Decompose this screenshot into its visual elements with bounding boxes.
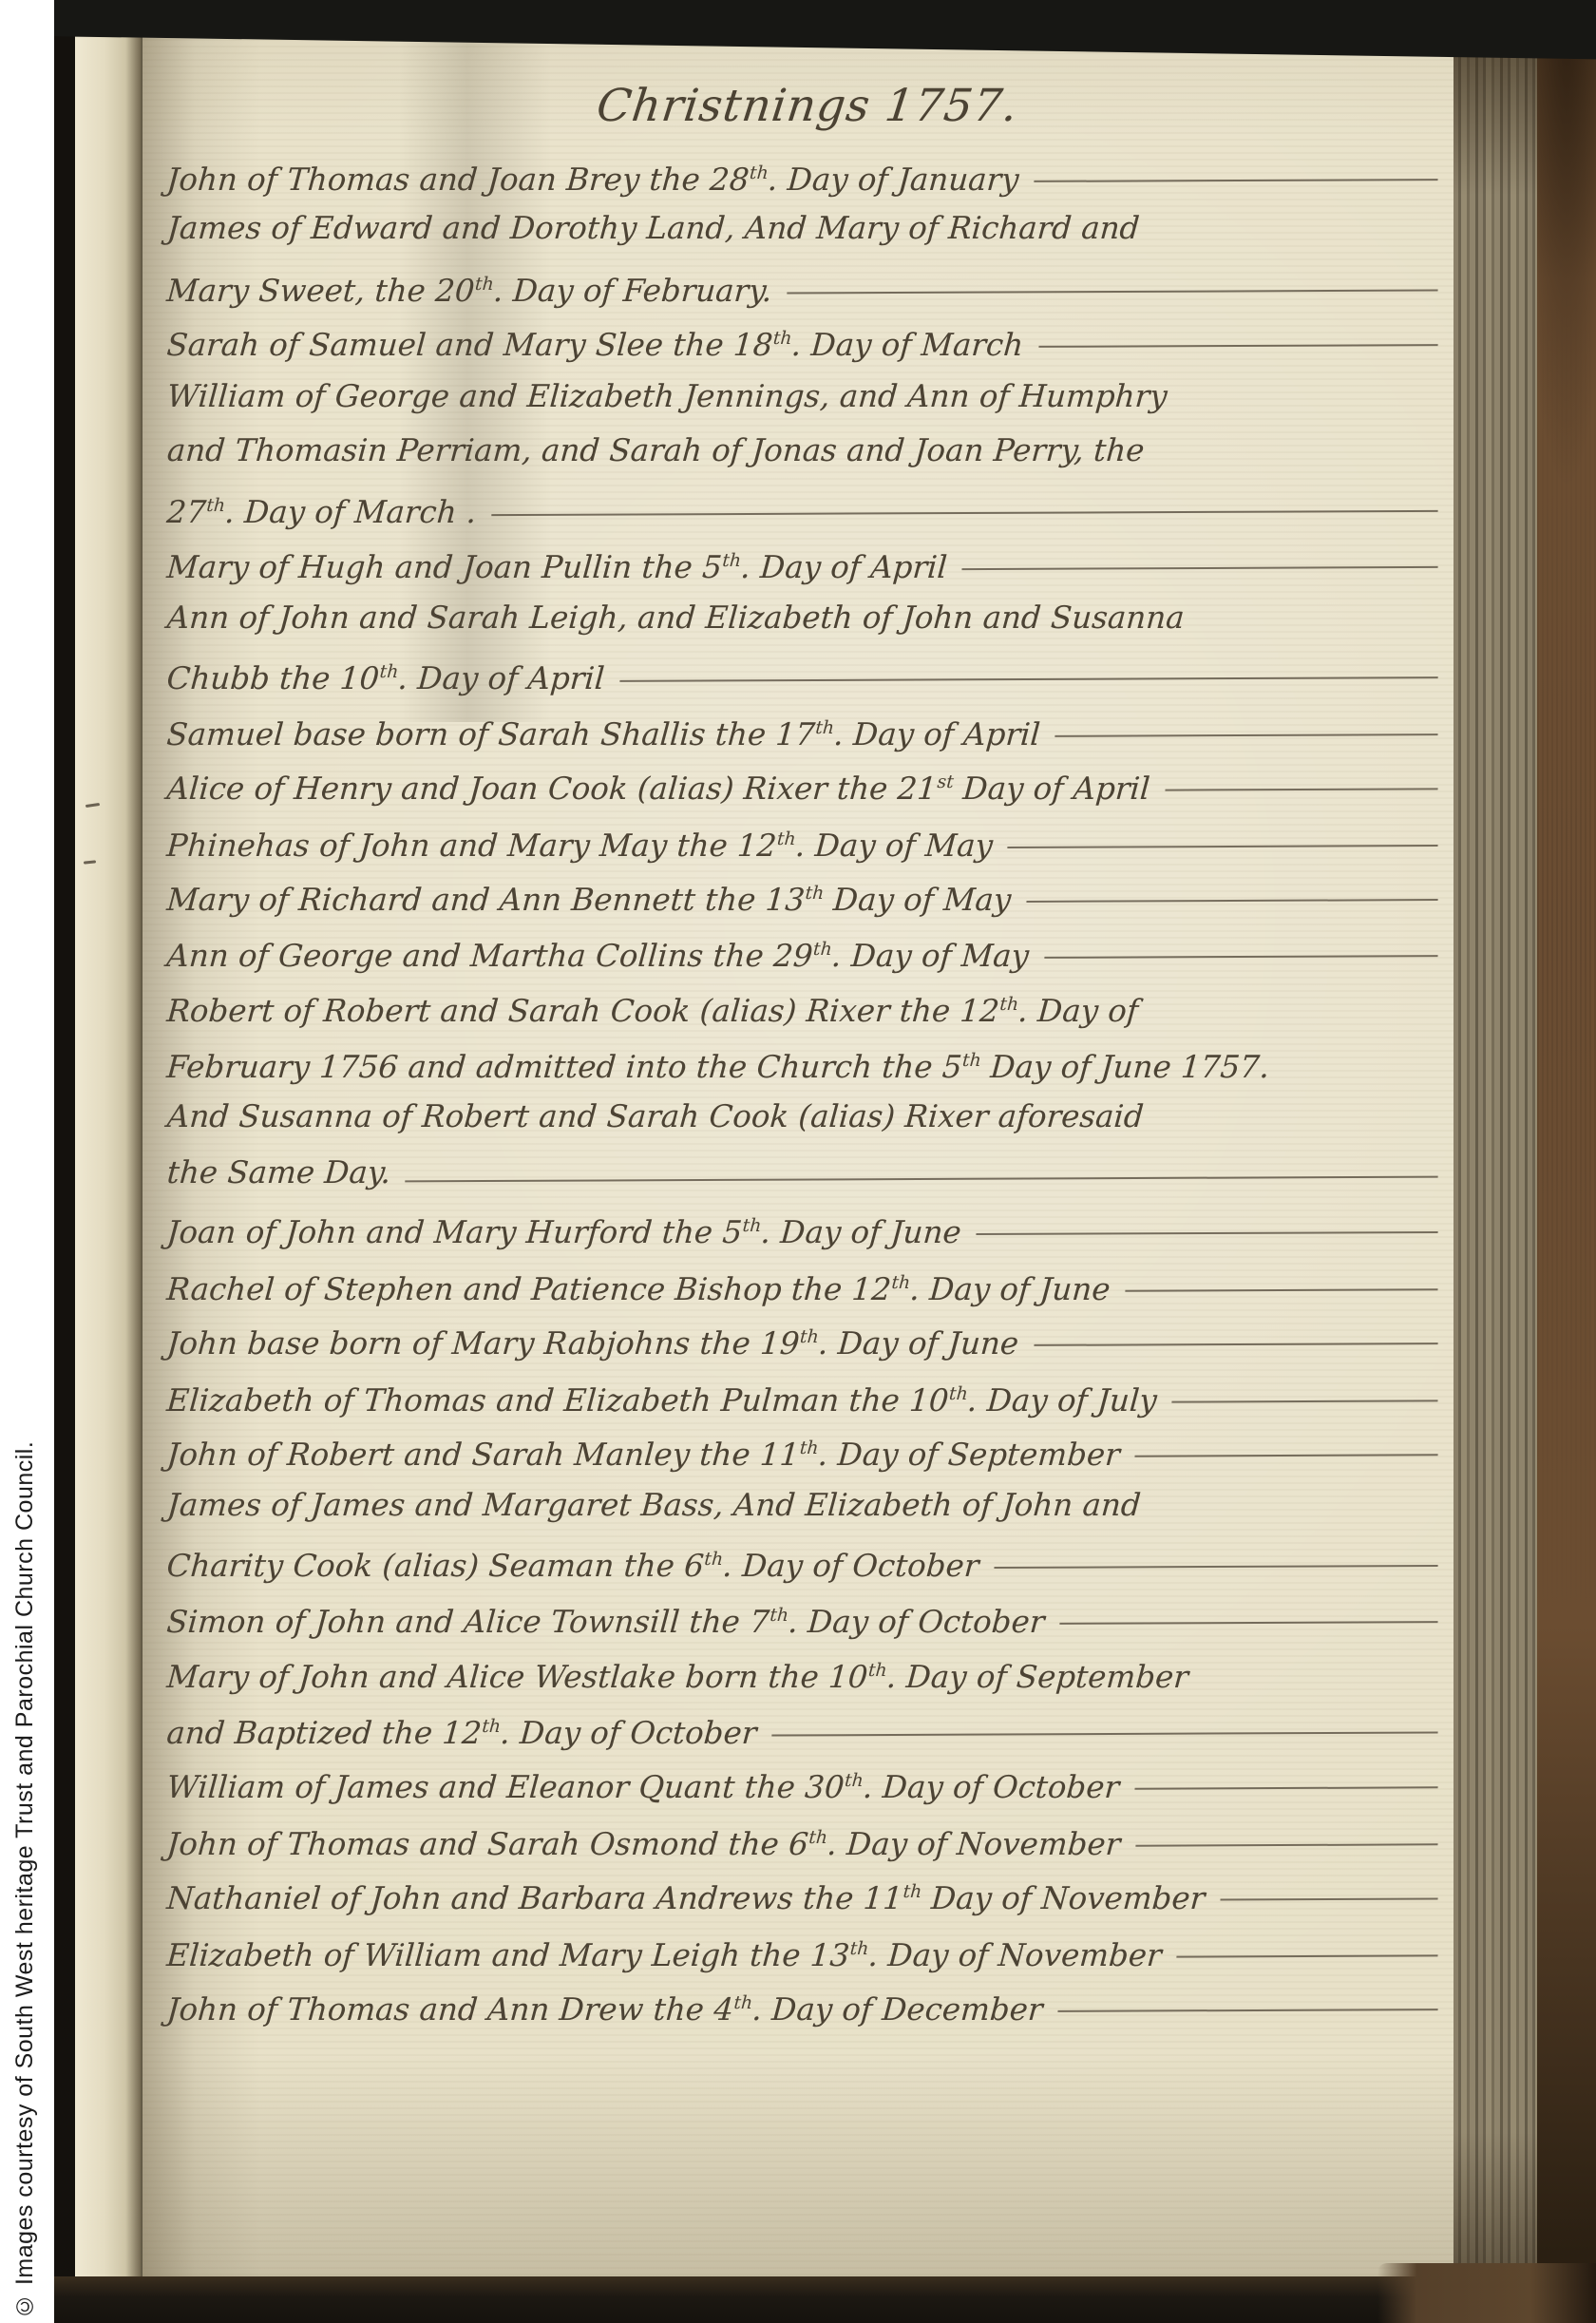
- entry-text: Ann of John and Sarah Leigh, and Elizabe…: [165, 590, 1187, 645]
- entry-trailing-rule: [1135, 1843, 1437, 1846]
- register-entry: Mary Sweet, the 20th. Day of February.: [165, 257, 1450, 313]
- entry-trailing-rule: [619, 676, 1438, 682]
- register-entry: Joan of John and Mary Hurford the 5th. D…: [165, 1199, 1450, 1254]
- register-entry: John of Thomas and Sarah Osmond the 6th.…: [165, 1811, 1450, 1866]
- entry-text: James of James and Margaret Bass, And El…: [165, 1477, 1143, 1533]
- entry-trailing-rule: [1059, 1621, 1437, 1625]
- register-entry: Nathaniel of John and Barbara Andrews th…: [165, 1865, 1450, 1920]
- entry-text: and Baptized the 12th. Day of October: [164, 1700, 758, 1761]
- entry-text: Sarah of Samuel and Mary Slee the 18th. …: [165, 312, 1026, 372]
- entry-text: Mary of Richard and Ann Bennett the 13th…: [165, 866, 1014, 927]
- entry-trailing-rule: [1026, 899, 1438, 903]
- entry-text: John of Thomas and Joan Brey the 28th. D…: [164, 146, 1021, 207]
- leather-cover-corner: [1377, 2263, 1596, 2323]
- register-entry: Mary of Richard and Ann Bennett the 13th…: [165, 866, 1450, 922]
- entry-trailing-rule: [1125, 1288, 1437, 1291]
- entry-trailing-rule: [1220, 1898, 1438, 1901]
- entry-text: John of Thomas and Ann Drew the 4th. Day…: [165, 1976, 1045, 2037]
- entry-text: Chubb the 10th. Day of April: [165, 645, 607, 706]
- register-entry: Sarah of Samuel and Mary Slee the 18th. …: [165, 312, 1450, 367]
- entry-trailing-rule: [1172, 1400, 1438, 1402]
- register-entry: Elizabeth of William and Mary Leigh the …: [165, 1922, 1450, 1977]
- entry-text: February 1756 and admitted into the Chur…: [164, 1034, 1271, 1095]
- entry-trailing-rule: [1057, 2009, 1437, 2012]
- register-entry: Ann of George and Martha Collins the 29t…: [165, 923, 1450, 978]
- entry-text: Mary Sweet, the 20th. Day of February.: [164, 257, 774, 318]
- entry-trailing-rule: [1034, 1342, 1438, 1346]
- register-entry: John of Thomas and Joan Brey the 28th. D…: [165, 146, 1450, 201]
- register-entry: February 1756 and admitted into the Chur…: [165, 1034, 1450, 1089]
- entry-text: Samuel base born of Sarah Shallis the 17…: [164, 701, 1042, 762]
- register-entry: And Susanna of Robert and Sarah Cook (al…: [165, 1089, 1450, 1144]
- entry-text: Mary of John and Alice Westlake born the…: [165, 1644, 1191, 1704]
- register-entry: Rachel of Stephen and Patience Bishop th…: [165, 1256, 1450, 1311]
- entry-trailing-rule: [962, 566, 1438, 570]
- register-entry: William of George and Elizabeth Jennings…: [165, 369, 1450, 424]
- entry-trailing-rule: [1055, 733, 1438, 737]
- register-entry: Charity Cook (alias) Seaman the 6th. Day…: [165, 1533, 1450, 1588]
- scan-shadow-bottom: [54, 2276, 1596, 2323]
- entry-trailing-rule: [1034, 179, 1437, 182]
- copyright-strip: © Images courtesy of South West heritage…: [0, 0, 54, 2323]
- register-entry: James of Edward and Dorothy Land, And Ma…: [165, 200, 1450, 256]
- entry-text: and Thomasin Perriam, and Sarah of Jonas…: [165, 423, 1147, 478]
- entry-text: Mary of Hugh and Joan Pullin the 5th. Da…: [165, 534, 950, 595]
- entry-text: Robert of Robert and Sarah Cook (alias) …: [165, 978, 1141, 1038]
- register-entry: Phinehas of John and Mary May the 12th. …: [165, 812, 1450, 867]
- register-entry: Ann of John and Sarah Leigh, and Elizabe…: [165, 590, 1450, 645]
- entry-text: Ann of George and Martha Collins the 29t…: [164, 923, 1031, 983]
- entry-text: Joan of John and Mary Hurford the 5th. D…: [165, 1199, 964, 1260]
- entry-trailing-rule: [406, 1176, 1438, 1183]
- entry-trailing-rule: [491, 510, 1438, 516]
- entry-text: Simon of John and Alice Townsill the 7th…: [164, 1589, 1046, 1649]
- register-entry: Mary of John and Alice Westlake born the…: [165, 1644, 1450, 1699]
- book-page-edges: [1453, 38, 1537, 2290]
- previous-page-edge: [75, 0, 142, 2292]
- entry-text: William of George and Elizabeth Jennings…: [165, 369, 1169, 424]
- register-entry: William of James and Eleanor Quant the 3…: [165, 1754, 1450, 1809]
- entry-text: Phinehas of John and Mary May the 12th. …: [164, 812, 995, 873]
- entry-text: James of Edward and Dorothy Land, And Ma…: [165, 200, 1142, 256]
- register-entry: 27th. Day of March .: [165, 479, 1450, 534]
- entry-text: John of Robert and Sarah Manley the 11th…: [165, 1421, 1123, 1482]
- entry-trailing-rule: [1165, 789, 1437, 791]
- entry-text: Elizabeth of William and Mary Leigh the …: [164, 1922, 1164, 1983]
- entry-text: 27th. Day of March .: [164, 479, 478, 540]
- entry-text: And Susanna of Robert and Sarah Cook (al…: [165, 1089, 1146, 1144]
- entry-text: the Same Day.: [165, 1145, 392, 1200]
- entry-trailing-rule: [1134, 1787, 1438, 1790]
- register-entry: the Same Day.: [165, 1145, 1450, 1200]
- register-entry: Samuel base born of Sarah Shallis the 17…: [165, 701, 1450, 756]
- entry-trailing-rule: [1008, 845, 1438, 848]
- register-entry: and Thomasin Perriam, and Sarah of Jonas…: [165, 423, 1450, 478]
- register-entry: John of Robert and Sarah Manley the 11th…: [165, 1421, 1450, 1476]
- leather-cover: [1537, 0, 1596, 2323]
- page-title: Christnings 1757.: [164, 80, 1452, 132]
- register-entry: James of James and Margaret Bass, And El…: [165, 1477, 1450, 1533]
- register-entry: Simon of John and Alice Townsill the 7th…: [165, 1589, 1450, 1644]
- register-entry: Elizabeth of Thomas and Elizabeth Pulman…: [165, 1367, 1450, 1422]
- entry-trailing-rule: [1038, 344, 1438, 348]
- entry-text: John base born of Mary Rabjohns the 19th…: [165, 1310, 1021, 1371]
- entry-text: Nathaniel of John and Barbara Andrews th…: [165, 1865, 1207, 1926]
- entry-trailing-rule: [1044, 956, 1438, 960]
- entry-trailing-rule: [977, 1232, 1438, 1236]
- entry-trailing-rule: [1177, 1954, 1438, 1957]
- register-entry: Mary of Hugh and Joan Pullin the 5th. Da…: [165, 534, 1450, 589]
- entry-text: Rachel of Stephen and Patience Bishop th…: [164, 1256, 1112, 1317]
- entry-text: John of Thomas and Sarah Osmond the 6th.…: [164, 1811, 1122, 1872]
- entry-trailing-rule: [771, 1732, 1437, 1737]
- page-content: Christnings 1757. John of Thomas and Joa…: [167, 53, 1448, 2031]
- entry-trailing-rule: [1135, 1454, 1438, 1457]
- copyright-text: © Images courtesy of South West heritage…: [11, 1160, 44, 2319]
- register-entry: and Baptized the 12th. Day of October: [165, 1700, 1450, 1755]
- register-entry: Alice of Henry and Joan Cook (alias) Rix…: [165, 755, 1450, 810]
- register-entry: Robert of Robert and Sarah Cook (alias) …: [165, 978, 1450, 1033]
- christening-entries: John of Thomas and Joan Brey the 28th. D…: [167, 145, 1448, 2031]
- register-entry: John of Thomas and Ann Drew the 4th. Day…: [165, 1976, 1450, 2031]
- entry-text: Charity Cook (alias) Seaman the 6th. Day…: [165, 1533, 981, 1593]
- entry-text: William of James and Eleanor Quant the 3…: [165, 1754, 1122, 1815]
- register-entry: John base born of Mary Rabjohns the 19th…: [165, 1310, 1450, 1365]
- entry-trailing-rule: [994, 1565, 1437, 1569]
- entry-text: Alice of Henry and Joan Cook (alias) Rix…: [165, 755, 1152, 816]
- entry-text: Elizabeth of Thomas and Elizabeth Pulman…: [164, 1367, 1159, 1428]
- register-entry: Chubb the 10th. Day of April: [165, 645, 1450, 700]
- entry-trailing-rule: [787, 289, 1437, 294]
